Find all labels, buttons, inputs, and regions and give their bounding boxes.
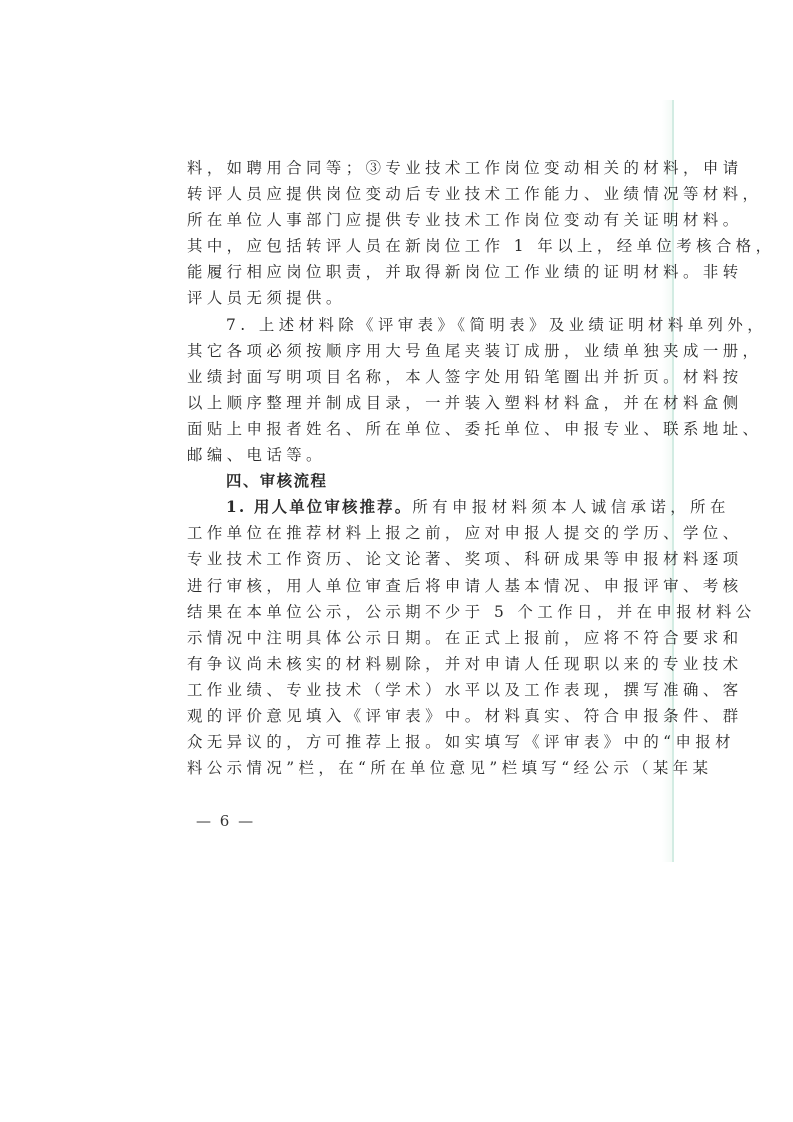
page-number: — 6 — xyxy=(196,812,255,830)
text-line: 结果在本单位公示，公示期不少于 5 个工作日，并在申报材料公 xyxy=(187,599,607,625)
section-heading: 四、审核流程 xyxy=(187,468,607,494)
text-line: 料公示情况”栏，在“所在单位意见”栏填写“经公示（某年某 xyxy=(187,755,607,781)
text-line: 料，如聘用合同等；③专业技术工作岗位变动相关的材料，申请 xyxy=(187,155,607,181)
text-line: 专业技术工作资历、论文论著、奖项、科研成果等申报材料逐项 xyxy=(187,546,607,572)
text-line: 其中，应包括转评人员在新岗位工作 1 年以上，经单位考核合格， xyxy=(187,233,607,259)
item-lead-title: 1. 用人单位审核推荐。 xyxy=(226,498,412,516)
text-line: 以上顺序整理并制成目录，一并装入塑料材料盒，并在材料盒侧 xyxy=(187,390,607,416)
text-line: 业绩封面写明项目名称，本人签字处用铅笔圈出并折页。材料按 xyxy=(187,364,607,390)
text-line: 所在单位人事部门应提供专业技术工作岗位变动有关证明材料。 xyxy=(187,207,607,233)
text-line: 其它各项必须按顺序用大号鱼尾夹装订成册，业绩单独夹成一册， xyxy=(187,338,607,364)
text-line: 转评人员应提供岗位变动后专业技术工作能力、业绩情况等材料， xyxy=(187,181,607,207)
text-line: 有争议尚未核实的材料剔除，并对申请人任现职以来的专业技术 xyxy=(187,651,607,677)
text-line: 工作业绩、专业技术（学术）水平以及工作表现，撰写准确、客 xyxy=(187,677,607,703)
text-line: 观的评价意见填入《评审表》中。材料真实、符合申报条件、群 xyxy=(187,703,607,729)
paragraph-item-7: 7. 上述材料除《评审表》《简明表》及业绩证明材料单列外， 其它各项必须按顺序用… xyxy=(187,312,607,469)
text-line: 面贴上申报者姓名、所在单位、委托单位、申报专业、联系地址、 xyxy=(187,416,607,442)
text-line: 工作单位在推荐材料上报之前，应对申报人提交的学历、学位、 xyxy=(187,520,607,546)
text-line: 评人员无须提供。 xyxy=(187,285,607,311)
text-line: 邮编、电话等。 xyxy=(187,442,607,468)
text-line: 1. 用人单位审核推荐。所有申报材料须本人诚信承诺，所在 xyxy=(187,494,607,520)
text-line: 示情况中注明具体公示日期。在正式上报前，应将不符合要求和 xyxy=(187,625,607,651)
paragraph-item-1: 1. 用人单位审核推荐。所有申报材料须本人诚信承诺，所在 工作单位在推荐材料上报… xyxy=(187,494,607,781)
text-line: 7. 上述材料除《评审表》《简明表》及业绩证明材料单列外， xyxy=(187,312,607,338)
paragraph-continuation: 料，如聘用合同等；③专业技术工作岗位变动相关的材料，申请 转评人员应提供岗位变动… xyxy=(187,155,607,312)
item-lead-text: 所有申报材料须本人诚信承诺，所在 xyxy=(412,498,729,516)
document-page: 料，如聘用合同等；③专业技术工作岗位变动相关的材料，申请 转评人员应提供岗位变动… xyxy=(0,0,793,1122)
text-line: 进行审核，用人单位审查后将申请人基本情况、申报评审、考核 xyxy=(187,573,607,599)
text-line: 众无异议的，方可推荐上报。如实填写《评审表》中的“申报材 xyxy=(187,729,607,755)
body-text: 料，如聘用合同等；③专业技术工作岗位变动相关的材料，申请 转评人员应提供岗位变动… xyxy=(187,155,607,781)
text-line: 能履行相应岗位职责，并取得新岗位工作业绩的证明材料。非转 xyxy=(187,259,607,285)
